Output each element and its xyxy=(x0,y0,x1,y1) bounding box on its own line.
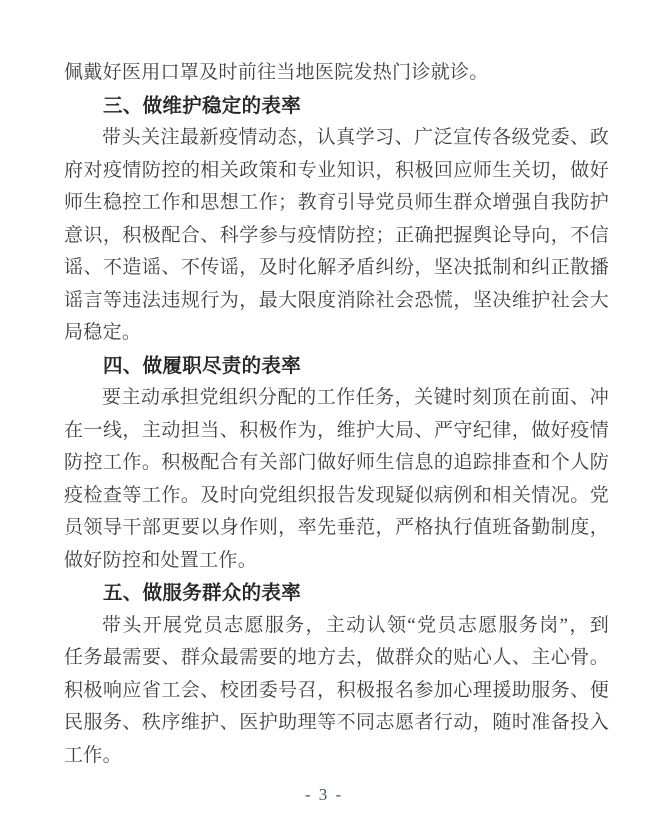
text-line: 任务最需要、群众最需要的地方去，做群众的贴心人、主心骨。 xyxy=(64,642,609,675)
text-line: 带头关注最新疫情动态，认真学习、广泛宣传各级党委、政 xyxy=(64,122,609,155)
text-line: 局稳定。 xyxy=(64,317,609,350)
text-line: 佩戴好医用口罩及时前往当地医院发热门诊就诊。 xyxy=(64,57,609,90)
text-line: 意识，积极配合、科学参与疫情防控；正确把握舆论导向，不信 xyxy=(64,220,609,253)
section-heading-4: 四、做履职尽责的表率 xyxy=(64,350,609,383)
text-line: 府对疫情防控的相关政策和专业知识，积极回应师生关切，做好 xyxy=(64,155,609,188)
text-line: 谣、不造谣、不传谣，及时化解矛盾纠纷，坚决抵制和纠正散播 xyxy=(64,252,609,285)
text-line: 员领导干部更要以身作则，率先垂范，严格执行值班备勤制度， xyxy=(64,512,609,545)
text-line: 谣言等违法违规行为，最大限度消除社会恐慌，坚决维护社会大 xyxy=(64,285,609,318)
text-line: 疫检查等工作。及时向党组织报告发现疑似病例和相关情况。党 xyxy=(64,480,609,513)
text-line: 民服务、秩序维护、医护助理等不同志愿者行动，随时准备投入 xyxy=(64,707,609,740)
text-line: 工作。 xyxy=(64,740,609,773)
text-line: 积极响应省工会、校团委号召，积极报名参加心理援助服务、便 xyxy=(64,675,609,708)
text-line: 要主动承担党组织分配的工作任务，关键时刻顶在前面、冲 xyxy=(64,382,609,415)
text-line: 带头开展党员志愿服务，主动认领“党员志愿服务岗”，到 xyxy=(64,610,609,643)
text-line: 师生稳控工作和思想工作；教育引导党员师生群众增强自我防护 xyxy=(64,187,609,220)
page-number: - 3 - xyxy=(0,785,648,805)
document-page: 佩戴好医用口罩及时前往当地医院发热门诊就诊。 三、做维护稳定的表率 带头关注最新… xyxy=(0,0,648,816)
section-heading-5: 五、做服务群众的表率 xyxy=(64,577,609,610)
document-text-block: 佩戴好医用口罩及时前往当地医院发热门诊就诊。 三、做维护稳定的表率 带头关注最新… xyxy=(64,57,609,772)
text-line: 防控工作。积极配合有关部门做好师生信息的追踪排查和个人防 xyxy=(64,447,609,480)
section-heading-3: 三、做维护稳定的表率 xyxy=(64,90,609,123)
text-line: 做好防控和处置工作。 xyxy=(64,545,609,578)
text-line: 在一线，主动担当、积极作为，维护大局、严守纪律，做好疫情 xyxy=(64,415,609,448)
